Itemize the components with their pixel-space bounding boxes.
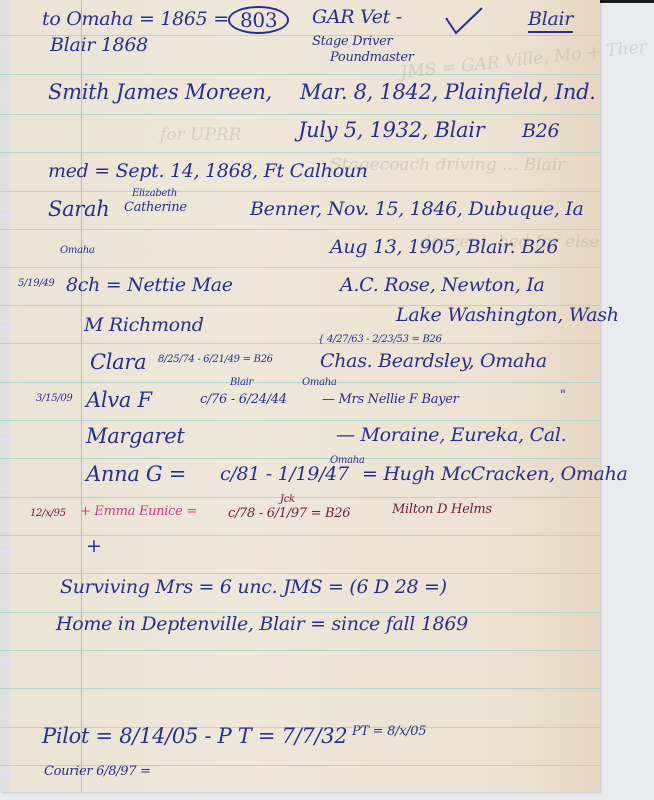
child-margin-date: 3/15/09	[36, 393, 72, 404]
bleed-through-text: JMS = GAR Ville, Mo + Ther	[400, 37, 648, 83]
note-pilot: Pilot = 8/14/05 - P T = 7/7/32	[42, 724, 347, 748]
ruled-line	[0, 458, 600, 459]
child-name: +	[86, 535, 102, 557]
child-dates: c/76 - 6/24/44	[200, 392, 287, 407]
scan-edge	[597, 0, 654, 3]
note-courier: Courier 6/8/97 =	[44, 764, 151, 779]
note-home: Home in Deptenville, Blair = since fall …	[56, 613, 468, 635]
note-pt: PT = 8/x/05	[352, 724, 426, 739]
child-name: Anna G =	[86, 462, 186, 486]
note-to-omaha: to Omaha = 1865 =	[42, 8, 229, 30]
ruled-line	[0, 382, 600, 383]
checkmark-icon	[444, 6, 484, 36]
gar-veteran-note: GAR Vet -	[312, 6, 402, 28]
note-blair-1868: Blair 1868	[50, 34, 148, 56]
ruled-line	[0, 152, 600, 153]
child-burialplace: Jck	[280, 494, 295, 505]
ruled-line	[0, 267, 600, 268]
occupation-stage-driver: Stage Driver	[312, 34, 392, 49]
subject-birth: Mar. 8, 1842, Plainfield, Ind.	[300, 80, 596, 104]
child-note: Lake Washington, Wash	[396, 304, 619, 326]
child-dates: 8/25/74 - 6/21/49 = B26	[158, 354, 273, 365]
spouse-death: Aug 13, 1905, Blair. B26	[330, 236, 558, 258]
child-note: Chas. Beardsley, Omaha	[320, 350, 547, 372]
child-name: + Emma Eunice =	[80, 504, 197, 519]
torn-edge	[0, 0, 10, 792]
ruled-line	[0, 573, 600, 574]
child-note: Milton D Helms	[392, 502, 492, 517]
ruled-line	[0, 229, 600, 230]
note-page: JMS = GAR Ville, Mo + Ther for UPRR Stag…	[0, 0, 600, 792]
occupation-poundmaster: Poundmaster	[330, 50, 414, 65]
subject-name: Smith James Moreen,	[48, 80, 272, 104]
spouse-middle-elizabeth: Elizabeth	[132, 188, 177, 199]
marriage-record: med = Sept. 14, 1868, Ft Calhoun	[48, 160, 368, 182]
location-blair: Blair	[528, 8, 573, 33]
ruled-line	[0, 74, 600, 75]
ruled-line	[0, 650, 600, 651]
child-margin-date: 12/x/95	[30, 508, 66, 519]
record-number: 803	[228, 6, 289, 34]
child-note: — Mrs Nellie F Bayer	[322, 392, 459, 407]
child-spouse-dates: { 4/27/63 - 2/23/53 = B26	[318, 334, 442, 345]
ruled-line	[0, 343, 600, 344]
children-header: 8ch = Nettie Mae	[66, 274, 233, 296]
ruled-line	[0, 497, 600, 498]
subject-death: July 5, 1932, Blair	[298, 118, 484, 142]
child-dates: c/78 - 6/1/97 = B26	[228, 506, 350, 521]
child-name: Alva F	[86, 388, 152, 412]
child-birthplace: Blair	[230, 377, 253, 388]
child-note: = Hugh McCracken, Omaha	[362, 463, 628, 485]
subject-burial: B26	[522, 120, 559, 142]
child-deathplace: Omaha	[302, 377, 337, 388]
child-name: Clara	[90, 350, 146, 374]
ruled-line	[0, 420, 600, 421]
child-name: M Richmond	[84, 314, 204, 336]
children-note-place: Omaha	[60, 245, 95, 256]
children-header-spouse: A.C. Rose, Newton, Ia	[340, 274, 545, 296]
children-note-date: 5/19/49	[18, 278, 54, 289]
child-name: Margaret	[86, 424, 185, 448]
spouse-middle-catherine: Catherine	[124, 200, 187, 215]
note-survivor: Surviving Mrs = 6 unc. JMS = (6 D 28 =)	[60, 576, 447, 598]
spouse-first-name: Sarah	[48, 197, 110, 221]
spouse-surname-birth: Benner, Nov. 15, 1846, Dubuque, Ia	[250, 198, 584, 220]
ruled-line	[0, 114, 600, 115]
child-dates: c/81 - 1/19/47	[220, 463, 349, 485]
ditto-mark: "	[560, 388, 566, 403]
child-note: — Moraine, Eureka, Cal.	[336, 424, 566, 446]
ruled-line	[0, 191, 600, 192]
margin-line	[81, 0, 82, 792]
ruled-line	[0, 688, 600, 689]
bleed-through-text: for UPRR	[160, 125, 241, 145]
